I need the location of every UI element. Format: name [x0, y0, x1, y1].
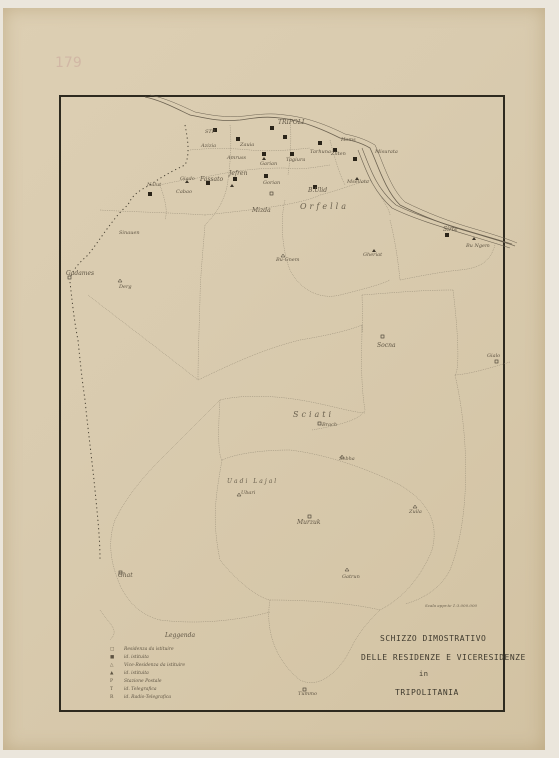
place-jefren: Jefren [229, 171, 247, 177]
planned-markers [68, 192, 498, 691]
place-zauia: Zauia [240, 143, 254, 148]
vice-planned-markers [118, 254, 417, 571]
place-ghadames: Gadames [66, 271, 94, 277]
legend-row: △Vice-Residenza da istituire [110, 661, 195, 669]
place-tripoli: TRIPOLI [278, 120, 304, 126]
legend-heading: Leggenda [165, 632, 195, 639]
title-line-3: in [419, 670, 428, 678]
legend-label: id. Radio-Telegrafica [124, 695, 171, 700]
region-uadi-lajal: Uadi Lajal [227, 479, 278, 485]
place-garian-area: Gorian [263, 181, 280, 186]
legend-label: id. istituita [124, 655, 149, 660]
place-socna: Socna [377, 343, 396, 349]
legend-symbol-icon: P [110, 679, 124, 684]
place-amruss: Amruss [227, 156, 246, 161]
legend-row: ▲id. istituita [110, 669, 195, 677]
place-homs: Homs [341, 138, 356, 143]
place-tagiura: Tagiura [286, 158, 305, 163]
place-gheriat: Gheriat [363, 253, 382, 258]
title-line-1: SCHIZZO DIMOSTRATIVO [380, 634, 486, 643]
place-zuila: Zuila [409, 510, 422, 515]
place-cabao: Cabao [176, 190, 192, 195]
place-brach: Brach [322, 423, 337, 428]
map-drawing [0, 0, 559, 758]
place-mizda: Mizda [252, 208, 271, 214]
place-zliten: Zliten [331, 152, 346, 157]
legend-symbol-icon: ▲ [110, 671, 124, 676]
place-fassato: Fassato [200, 177, 223, 183]
place-misurata: Misurata [375, 150, 398, 155]
place-murzuk: Murzuk [297, 520, 321, 526]
frontier-dotted [70, 125, 188, 560]
legend-label: id. Telegrafica [124, 687, 157, 692]
title-line-4: TRIPOLITANIA [395, 688, 459, 697]
legend-label: id. istituita [124, 671, 149, 676]
legend-symbol-icon: R [110, 695, 124, 700]
place-azizia-label: Azizia [201, 144, 216, 149]
legend-label: Vice-Residenza da istituire [124, 663, 185, 668]
legend-symbol-icon: △ [110, 663, 124, 668]
legend-label: Residenza da istituire [124, 647, 174, 652]
place-beni-ulid: B.Ulid [308, 188, 327, 194]
region-sciati: Sciati [293, 411, 334, 419]
title-line-2: DELLE RESIDENZE E VICERESIDENZE [361, 653, 526, 662]
place-ghirza: Bu-Gnem [276, 258, 300, 263]
place-sirte: Sirte [443, 227, 458, 233]
place-gatrun: Gatrun [342, 575, 360, 580]
scale-note: Scala appr.te 1:3.000.000 [425, 603, 477, 608]
legend-row: PStazione Postale [110, 677, 195, 685]
place-sebha: Sebha [339, 457, 355, 462]
legend: Leggenda □Residenza da istituire ■id. is… [110, 632, 195, 701]
place-msellata: Msellata [347, 180, 369, 185]
legend-symbol-icon: T [110, 687, 124, 692]
place-ghat: Ghat [118, 573, 133, 579]
place-tummo: Tummo [298, 692, 317, 697]
legend-row: Tid. Telegrafica [110, 685, 195, 693]
place-nalut: Nalut [147, 183, 161, 188]
place-tarhuna: Tarhuna [310, 150, 331, 155]
place-garian: Garian [260, 162, 277, 167]
place-sinauen: Sinauen [119, 231, 140, 236]
place-ubari: Ubari [241, 491, 255, 496]
place-gialo: Gialo [487, 354, 500, 359]
legend-label: Stazione Postale [124, 679, 162, 684]
place-bu-ngem: Bu Ngem [466, 244, 490, 249]
legend-row: ■id. istituita [110, 653, 195, 661]
coastline [145, 95, 517, 246]
legend-row: Rid. Radio-Telegrafica [110, 693, 195, 701]
place-giado: Giado [180, 177, 195, 182]
legend-row: □Residenza da istituire [110, 645, 195, 653]
district-boundaries [88, 118, 510, 683]
place-derg: Derg [119, 285, 132, 290]
region-orfella: Orfella [300, 203, 349, 211]
place-zuara: STP [205, 130, 215, 135]
legend-symbol-icon: ■ [110, 655, 124, 660]
legend-symbol-icon: □ [110, 647, 124, 652]
